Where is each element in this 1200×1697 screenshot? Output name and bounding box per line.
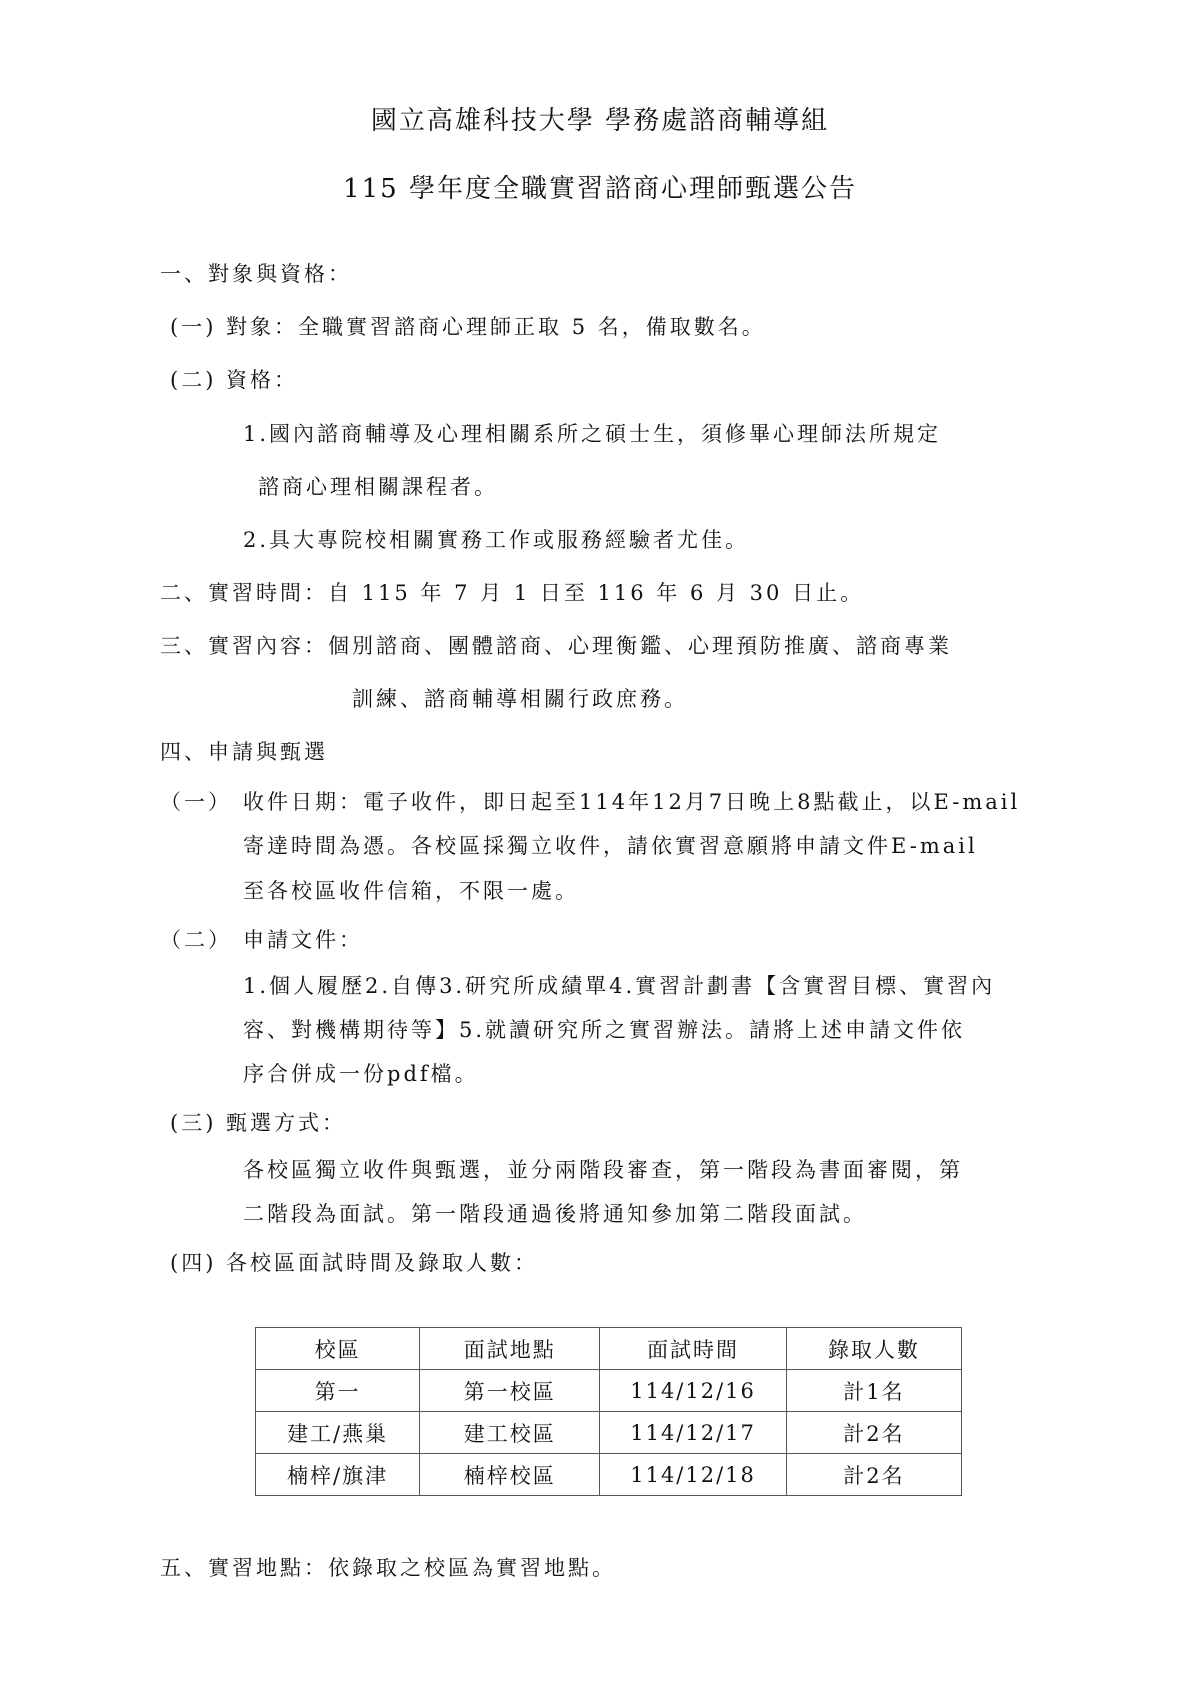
section-3-content-line2: 訓練、諮商輔導相關行政庶務。	[352, 689, 688, 710]
cell-campus: 建工/燕巢	[256, 1412, 420, 1454]
column-header-campus: 校區	[256, 1328, 420, 1370]
cell-date: 114/12/18	[600, 1454, 787, 1496]
section-1-heading: 一、對象與資格：	[160, 264, 352, 285]
qualification-item-1: 1.國內諮商輔導及心理相關系所之碩士生，須修畢心理師法所規定	[243, 424, 941, 445]
cell-location: 第一校區	[420, 1370, 600, 1412]
cell-location: 楠梓校區	[420, 1454, 600, 1496]
section-5-internship-location: 五、實習地點：依錄取之校區為實習地點。	[160, 1558, 616, 1579]
application-documents-line3: 序合併成一份pdf檔。	[243, 1064, 479, 1085]
cell-location: 建工校區	[420, 1412, 600, 1454]
cell-quota: 計1名	[786, 1370, 961, 1412]
column-header-location: 面試地點	[420, 1328, 600, 1370]
qualification-item-2: 2.具大專院校相關實務工作或服務經驗者尤佳。	[243, 530, 749, 551]
qualification-item-1-cont: 諮商心理相關課程者。	[258, 477, 498, 498]
application-documents-line1: 1.個人履歷2.自傳3.研究所成績單4.實習計劃書【含實習目標、實習內	[243, 976, 995, 997]
table-row: 第一 第一校區 114/12/16 計1名	[256, 1370, 962, 1412]
column-header-quota: 錄取人數	[786, 1328, 961, 1370]
selection-method-line2: 二階段為面試。第一階段通過後將通知參加第二階段面試。	[243, 1204, 867, 1225]
cell-campus: 第一	[256, 1370, 420, 1412]
section-3-content-line1: 三、實習內容：個別諮商、團體諮商、心理衡鑑、心理預防推廣、諮商專業	[160, 636, 952, 657]
interview-schedule-heading: (四) 各校區面試時間及錄取人數：	[170, 1253, 538, 1274]
section-1-target: (一) 對象：全職實習諮商心理師正取 5 名，備取數名。	[170, 317, 766, 338]
announcement-title: 115 學年度全職實習諮商心理師甄選公告	[0, 168, 1200, 205]
org-title: 國立高雄科技大學 學務處諮商輔導組	[0, 100, 1200, 137]
interview-schedule-table: 校區 面試地點 面試時間 錄取人數 第一 第一校區 114/12/16 計1名 …	[255, 1327, 962, 1496]
cell-quota: 計2名	[786, 1454, 961, 1496]
column-header-date: 面試時間	[600, 1328, 787, 1370]
section-1-qualification-heading: (二) 資格：	[170, 370, 298, 391]
application-documents-line2: 容、對機構期待等】5.就讀研究所之實習辦法。請將上述申請文件依	[243, 1020, 965, 1041]
submission-date-line1: 收件日期：電子收件，即日起至114年12月7日晚上8點截止，以E-mail	[243, 792, 1020, 813]
section-4-heading: 四、申請與甄選	[160, 742, 328, 763]
selection-method-line1: 各校區獨立收件與甄選，並分兩階段審查，第一階段為書面審閱，第	[243, 1160, 963, 1181]
table-header-row: 校區 面試地點 面試時間 錄取人數	[256, 1328, 962, 1370]
table-row: 建工/燕巢 建工校區 114/12/17 計2名	[256, 1412, 962, 1454]
cell-quota: 計2名	[786, 1412, 961, 1454]
table-row: 楠梓/旗津 楠梓校區 114/12/18 計2名	[256, 1454, 962, 1496]
cell-date: 114/12/17	[600, 1412, 787, 1454]
section-4-sub2-label: （二）	[160, 930, 232, 951]
section-4-sub1-label: （一）	[160, 792, 232, 813]
cell-date: 114/12/16	[600, 1370, 787, 1412]
section-2-internship-period: 二、實習時間：自 115 年 7 月 1 日至 116 年 6 月 30 日止。	[160, 583, 864, 604]
application-documents-heading: 申請文件：	[243, 930, 363, 951]
selection-method-heading: (三) 甄選方式：	[170, 1113, 346, 1134]
submission-date-line2: 寄達時間為憑。各校區採獨立收件，請依實習意願將申請文件E-mail	[243, 836, 978, 857]
cell-campus: 楠梓/旗津	[256, 1454, 420, 1496]
submission-date-line3: 至各校區收件信箱，不限一處。	[243, 881, 579, 902]
